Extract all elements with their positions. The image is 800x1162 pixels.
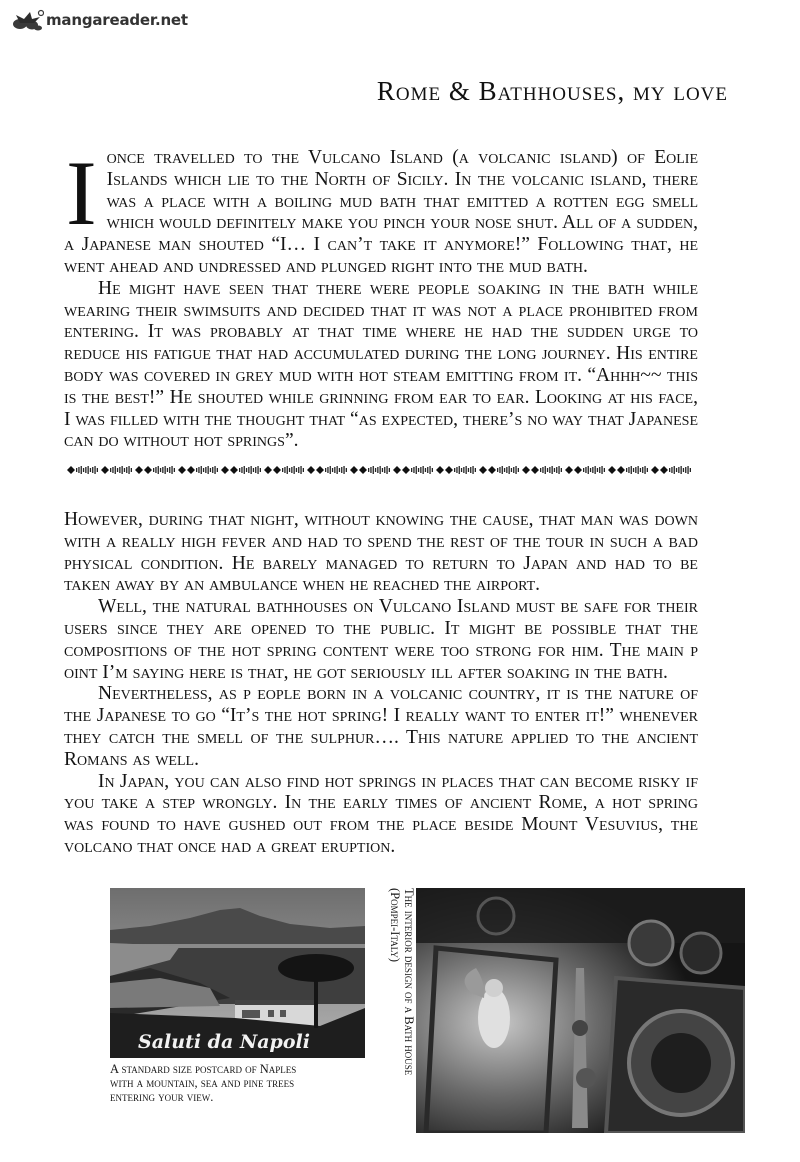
paragraph: Nevertheless, as p eople born in a volca… [64,683,698,770]
drop-cap: I [66,155,97,231]
paragraph: He might have seen that there were peopl… [64,278,698,452]
caption-line: The interior design of a Bath house [402,888,416,1136]
mangareader-logo-icon [10,9,44,31]
article-body-part2: However, during that night, without know… [64,509,698,858]
interior-photo-caption: The interior design of a Bath house (Pom… [382,888,416,1136]
paragraph: In Japan, you can also find hot springs … [64,771,698,858]
paragraph: However, during that night, without know… [64,509,698,596]
postcard-overlay-text: Saluti da Napoli [138,1031,310,1053]
site-watermark: mangareader.net [10,7,188,33]
bathhouse-interior-photo [416,888,745,1133]
caption-line: (Pompei-Italy) [388,888,402,1136]
paragraph: once travelled to the Vulcano Island (a … [64,147,698,278]
article-body-part1: I once travelled to the Vulcano Island (… [64,147,698,452]
naples-postcard-photo: Saluti da Napoli [110,888,365,1058]
paragraph: Well, the natural bathhouses on Vulcano … [64,596,698,683]
ornamental-divider [63,462,697,476]
postcard-caption: A standard size postcard of Naples with … [110,1062,370,1104]
article-title: Rome & Bathhouses, my love [377,76,728,107]
caption-line: entering your view. [110,1090,370,1104]
caption-line: A standard size postcard of Naples [110,1062,370,1076]
watermark-text: mangareader.net [46,11,188,29]
caption-line: with a mountain, sea and pine trees [110,1076,370,1090]
